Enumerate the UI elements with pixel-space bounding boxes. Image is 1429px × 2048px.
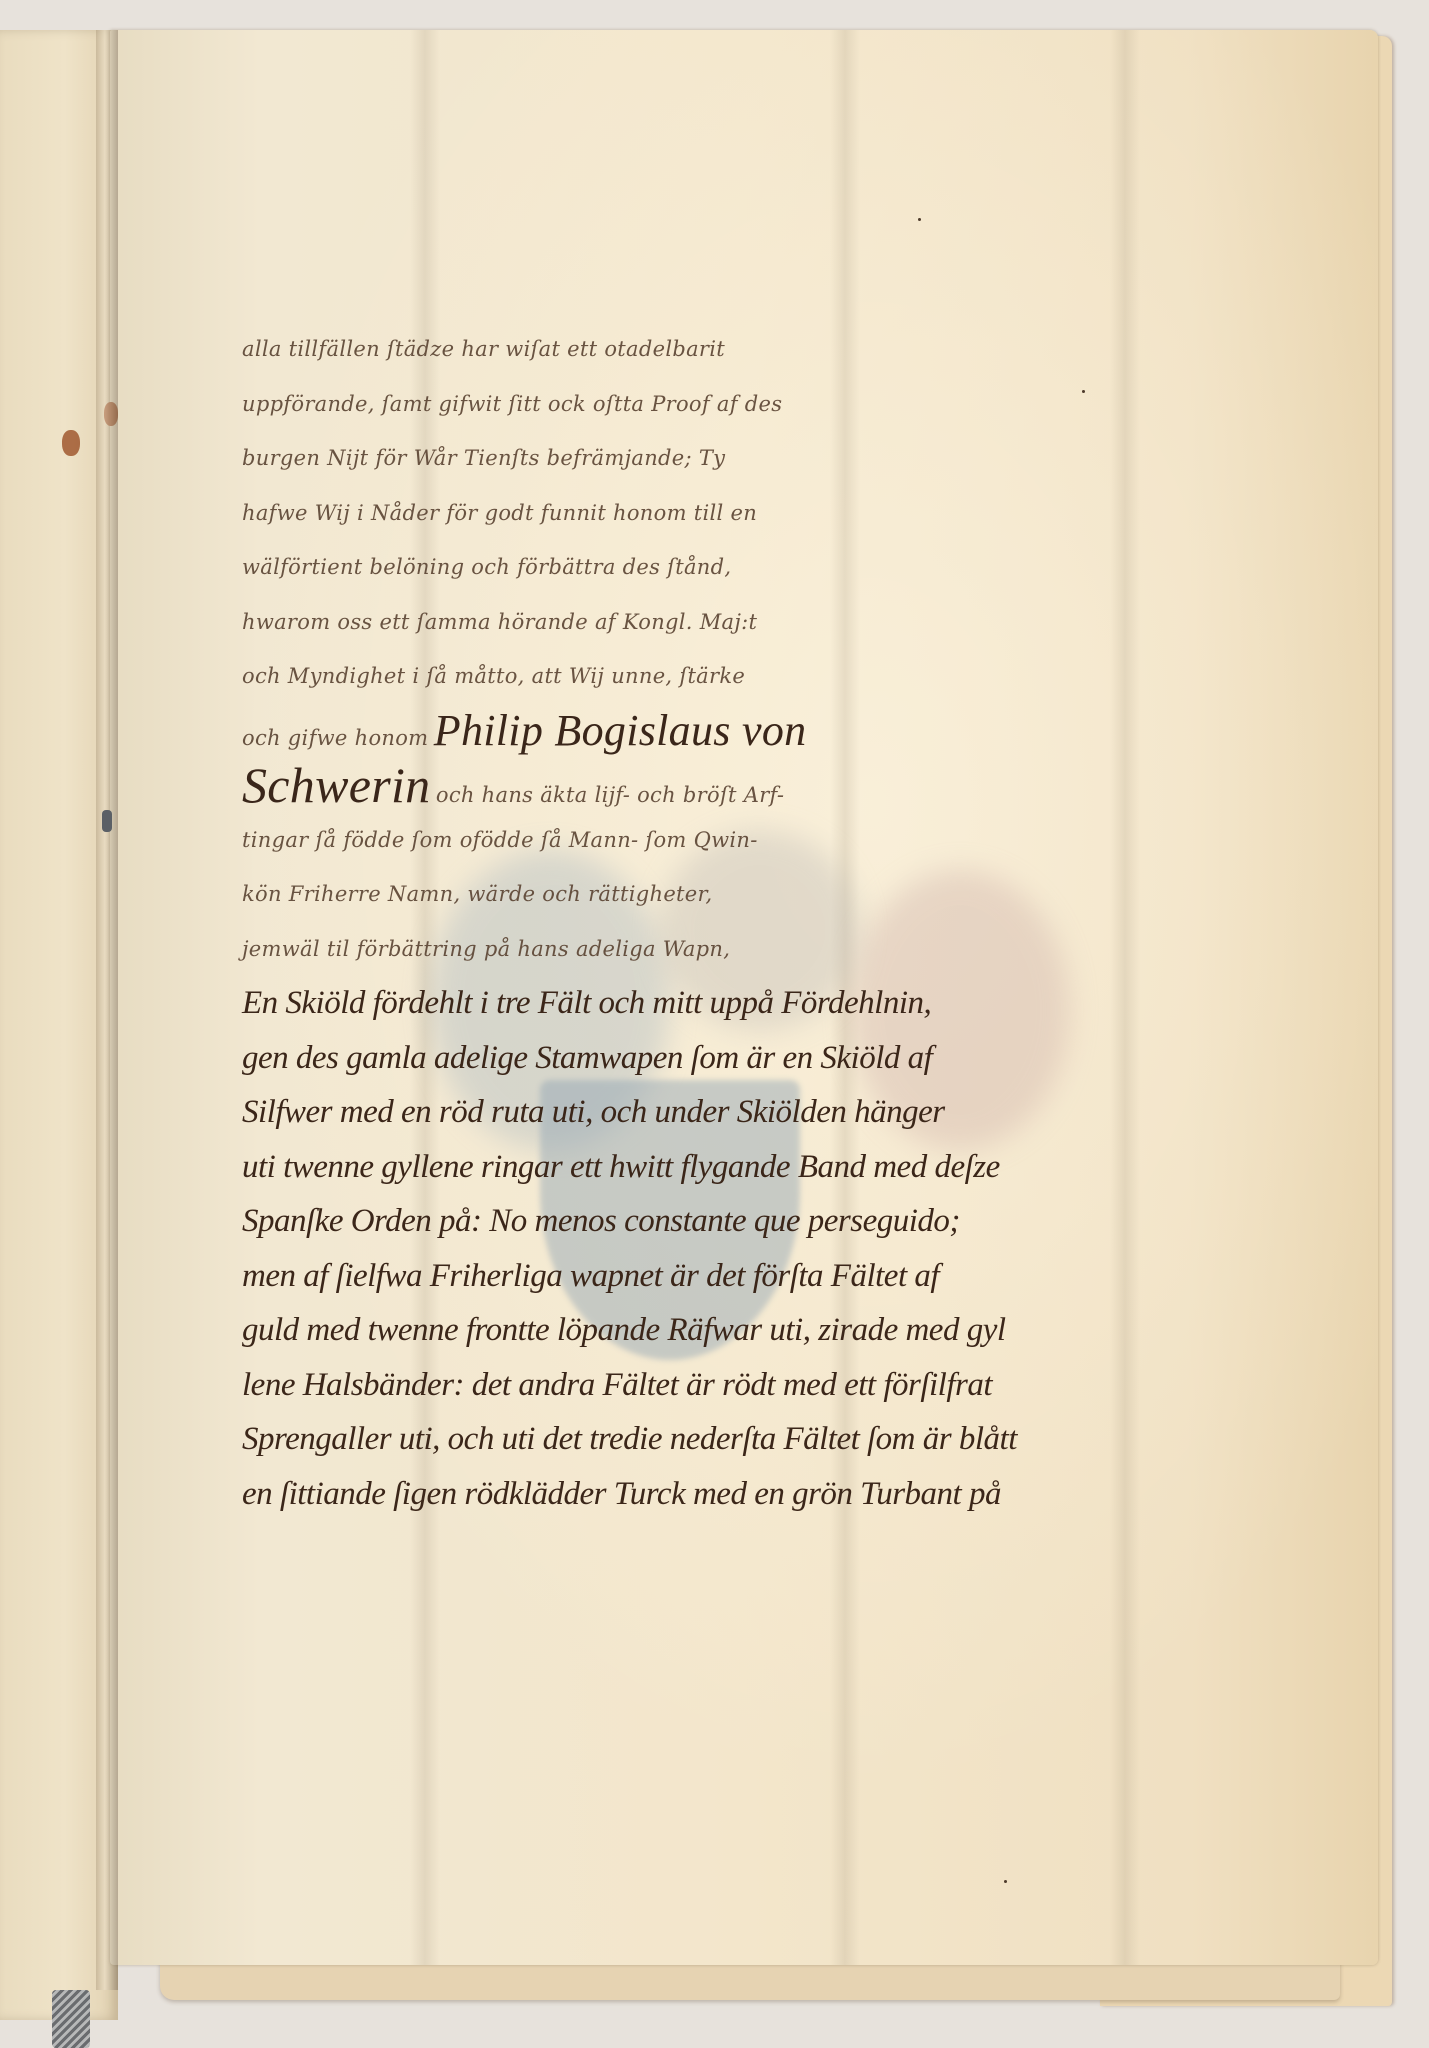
page-fold (1110, 30, 1140, 1965)
blazon-line: uti twenne gyllene ringar ett hwitt flyg… (242, 1140, 1112, 1195)
ink-speck (1082, 390, 1085, 393)
text-line-with-name: Schwerin och hans äkta lijf- och bröſt A… (242, 758, 1112, 813)
blazon-line: en ſittiande ſigen rödklädder Turck med … (242, 1467, 1112, 1522)
blazon-line: men af ſielfwa Friherliga wapnet är det … (242, 1249, 1112, 1304)
text-line: och Myndighet i ſå måtto, att Wij unne, … (242, 649, 1112, 704)
text-line: tingar ſå födde ſom ofödde ſå Mann- ſom … (242, 813, 1112, 868)
manuscript-text: alla tillfällen ſtädze har wiſat ett ota… (242, 322, 1112, 1521)
binding-gutter (96, 30, 118, 1990)
text-line: hwarom oss ett ſamma hörande af Kongl. M… (242, 595, 1112, 650)
blazon-line: guld med twenne frontte löpande Räfwar u… (242, 1303, 1112, 1358)
binding-stitch (102, 810, 112, 832)
text-prefix: och gifwe honom (242, 726, 428, 750)
text-line-with-name: och gifwe honom Philip Bogislaus von (242, 704, 1112, 759)
blazon-line: gen des gamla adelige Stamwapen ſom är e… (242, 1031, 1112, 1086)
text-line: jemwäl til förbättring på hans adeliga W… (242, 922, 1112, 977)
blazon-line: Spanſke Orden på: No menos constante que… (242, 1194, 1112, 1249)
blazon-line: Silfwer med en röd ruta uti, och under S… (242, 1085, 1112, 1140)
blazon-line: lene Halsbänder: det andra Fältet är röd… (242, 1358, 1112, 1413)
text-line: wälförtient belöning och förbättra des ſ… (242, 540, 1112, 595)
text-line: uppförande, ſamt gifwit ſitt ock oſtta P… (242, 377, 1112, 432)
text-suffix: och hans äkta lijf- och bröſt Arf- (436, 783, 784, 807)
text-line: hafwe Wij i Nåder för godt funnit honom … (242, 486, 1112, 541)
rust-stain (62, 430, 80, 456)
ink-speck (918, 218, 921, 221)
grantee-surname: Schwerin (242, 757, 430, 813)
seal-cord (52, 1990, 90, 2048)
blazon-line: En Skiöld fördehlt i tre Fält och mitt u… (242, 976, 1112, 1031)
ink-speck (1004, 1880, 1007, 1883)
text-line: alla tillfällen ſtädze har wiſat ett ota… (242, 322, 1112, 377)
text-line: kön Friherre Namn, wärde och rättigheter… (242, 867, 1112, 922)
grantee-name: Philip Bogislaus von (434, 706, 807, 755)
text-line: burgen Nijt för Wår Tienſts befrämjande;… (242, 431, 1112, 486)
blazon-line: Sprengaller uti, och uti det tredie nede… (242, 1412, 1112, 1467)
